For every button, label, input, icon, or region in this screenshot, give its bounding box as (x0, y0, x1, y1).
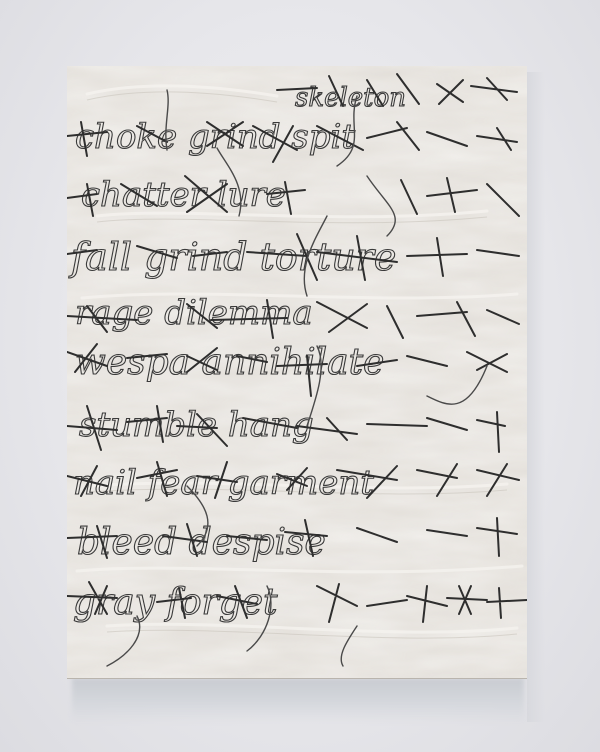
word-line-5: rage dilemma (75, 293, 313, 333)
canvas-side-shadow (527, 72, 545, 722)
word-line-3: chatter lure (81, 175, 286, 215)
word-line-9: bleed despise (77, 522, 326, 563)
word-line-4: fall grind torture (68, 235, 396, 279)
word-line-6: wespa annihilate (75, 342, 384, 383)
artwork-canvas: skeleton choke grind spit chatter lure f… (67, 66, 527, 678)
canvas-bottom-shadow (72, 678, 524, 722)
word-line-2: choke grind spit (75, 117, 355, 157)
handwritten-words: skeleton choke grind spit chatter lure f… (67, 66, 527, 678)
